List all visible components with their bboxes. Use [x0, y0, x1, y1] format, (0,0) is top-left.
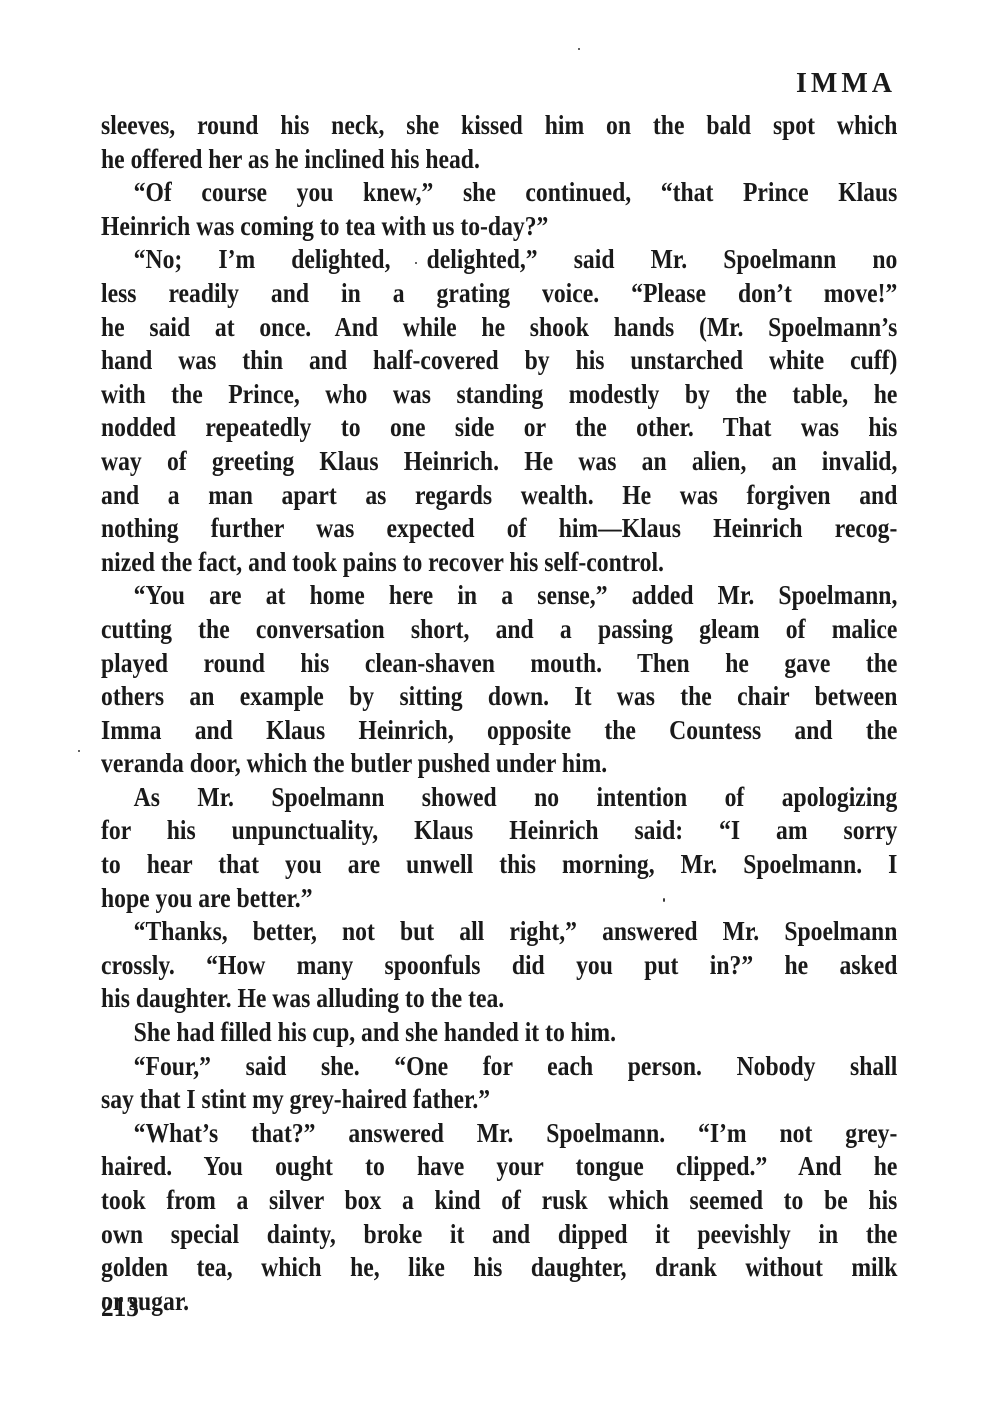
text-line: to hear that you are unwell this morning… — [101, 847, 897, 881]
text-line: veranda door, which the butler pushed un… — [101, 746, 897, 780]
text-line: nothing further was expected of him—Klau… — [101, 511, 897, 545]
text-line: sleeves, round his neck, she kissed him … — [101, 108, 897, 142]
text-line: played round his clean-shaven mouth. The… — [101, 646, 897, 680]
body-text: sleeves, round his neck, she kissed him … — [101, 108, 898, 1317]
book-page: IMMA sleeves, round his neck, she kissed… — [0, 0, 1000, 1418]
text-line: “You are at home here in a sense,” added… — [101, 578, 897, 612]
text-line: own special dainty, broke it and dipped … — [101, 1217, 897, 1251]
text-line: Imma and Klaus Heinrich, opposite the Co… — [101, 713, 897, 747]
text-line: he offered her as he inclined his head. — [101, 142, 897, 176]
text-line: way of greeting Klaus Heinrich. He was a… — [101, 444, 897, 478]
text-line: crossly. “How many spoonfuls did you put… — [101, 948, 897, 982]
text-line: Heinrich was coming to tea with us to-da… — [101, 209, 897, 243]
text-line: his daughter. He was alluding to the tea… — [101, 981, 897, 1015]
text-line: As Mr. Spoelmann showed no intention of … — [101, 780, 897, 814]
text-line: She had filled his cup, and she handed i… — [101, 1015, 897, 1049]
text-line: “Four,” said she. “One for each person. … — [101, 1049, 897, 1083]
text-line: golden tea, which he, like his daughter,… — [101, 1250, 897, 1284]
text-line: hope you are better.” — [101, 881, 897, 915]
scan-speck — [663, 898, 665, 902]
text-line: “No; I’m delighted, delighted,” said Mr.… — [101, 242, 897, 276]
text-line: less readily and in a grating voice. “Pl… — [101, 276, 897, 310]
running-head-title: IMMA — [796, 66, 896, 102]
text-line: hand was thin and half-covered by his un… — [101, 343, 897, 377]
text-line: he said at once. And while he shook hand… — [101, 310, 897, 344]
scan-speck — [78, 750, 80, 752]
text-line: haired. You ought to have your tongue cl… — [101, 1149, 897, 1183]
scan-speck — [415, 262, 417, 264]
text-line: cutting the conversation short, and a pa… — [101, 612, 897, 646]
text-line: nized the fact, and took pains to recove… — [101, 545, 897, 579]
text-line: others an example by sitting down. It wa… — [101, 679, 897, 713]
text-line: took from a silver box a kind of rusk wh… — [101, 1183, 897, 1217]
text-line: “Thanks, better, not but all right,” ans… — [101, 914, 897, 948]
text-line: “What’s that?” answered Mr. Spoelmann. “… — [101, 1116, 897, 1150]
text-line: for his unpunctuality, Klaus Heinrich sa… — [101, 813, 897, 847]
text-line: with the Prince, who was standing modest… — [101, 377, 897, 411]
scan-speck — [578, 48, 580, 50]
page-number: 213 — [101, 1290, 139, 1326]
text-line: and a man apart as regards wealth. He wa… — [101, 478, 897, 512]
text-line: say that I stint my grey-haired father.” — [101, 1082, 897, 1116]
text-line: nodded repeatedly to one side or the oth… — [101, 410, 897, 444]
text-line: “Of course you knew,” she continued, “th… — [101, 175, 897, 209]
text-line: or sugar. — [101, 1284, 897, 1318]
